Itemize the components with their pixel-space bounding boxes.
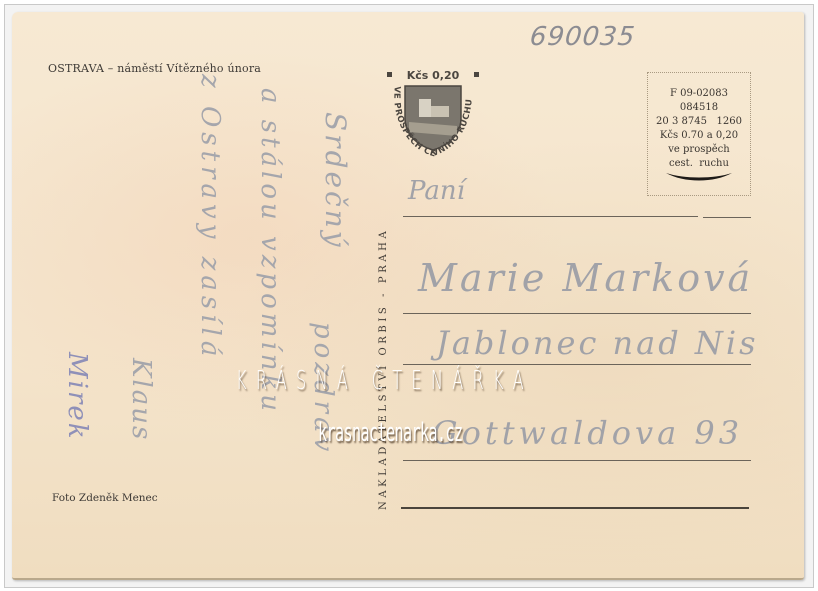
- postage-line: F 09-02083: [648, 87, 750, 101]
- postage-line: ve prospěch: [648, 143, 750, 157]
- inventory-number: 690035: [528, 22, 636, 52]
- address-line: [401, 507, 749, 509]
- address-line: [403, 313, 751, 314]
- address-line: [703, 217, 751, 218]
- postage-line: 084518: [648, 101, 750, 115]
- postmark-smudge-icon: [664, 171, 734, 181]
- postage-line: cest. ruchu: [648, 157, 750, 171]
- message-line: z Ostravy zasílá: [195, 74, 225, 361]
- svg-text:Kčs 0,20: Kčs 0,20: [407, 69, 460, 82]
- castle-emblem-icon: Kčs 0,20 VE PROSPĚCH CESTO VNÍHO RUCHU: [383, 66, 483, 162]
- postage-paid-box: F 09-02083 084518 20 3 8745 1260 Kčs 0.7…: [647, 72, 751, 196]
- signature: Klaus: [126, 358, 156, 441]
- address-salutation: Paní: [408, 176, 465, 206]
- address-line: [403, 460, 751, 461]
- message-line: Srdečný: [319, 112, 352, 250]
- address-street: Gottwaldova 93: [432, 414, 743, 452]
- address-town: Jablonec nad Nis: [436, 324, 759, 362]
- postage-line: 20 3 8745 1260: [648, 115, 750, 129]
- address-name: Marie Marková: [418, 256, 753, 300]
- address-line: [403, 364, 751, 365]
- watermark-url: krasnactenarka.cz: [318, 418, 462, 448]
- postcard-caption: OSTRAVA – náměstí Vítězného února: [48, 62, 261, 75]
- postage-line: Kčs 0.70 a 0,20: [648, 129, 750, 143]
- photo-credit: Foto Zdeněk Menec: [52, 492, 158, 504]
- address-line: [403, 216, 698, 217]
- watermark-title: KRÁSNÁ ČTENÁŘKA: [236, 366, 533, 396]
- signature: Mirek: [62, 352, 92, 441]
